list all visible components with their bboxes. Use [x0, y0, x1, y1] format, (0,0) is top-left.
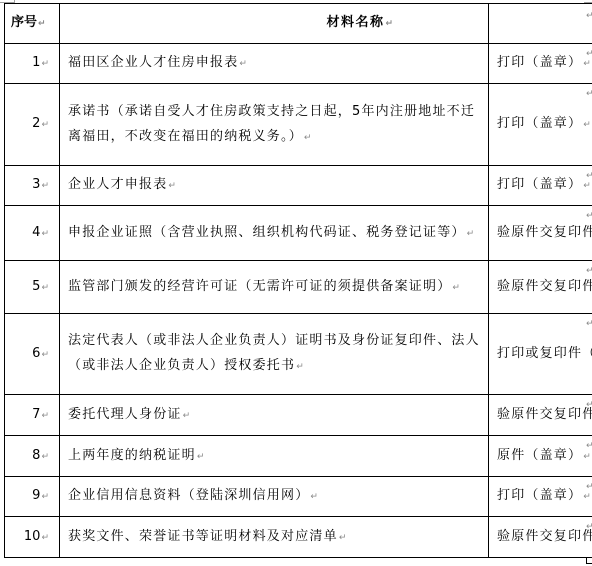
material-name: 委托代理人身份证↵ — [60, 395, 489, 436]
paragraph-mark-icon: ↵ — [41, 350, 49, 360]
table-row: 10↵获奖文件、荣誉证书等证明材料及对应清单↵验原件交复印件（盖章）↵ — [5, 517, 592, 558]
paragraph-mark-icon: ↵ — [41, 533, 49, 543]
row-number: 6↵ — [5, 314, 60, 395]
material-form: 原件（盖章）↵ — [489, 436, 592, 477]
row-number: 3↵ — [5, 166, 60, 206]
table-row: 8↵上两年度的纳税证明↵原件（盖章）↵ — [5, 436, 592, 477]
header-name: 材料名称↵ — [60, 4, 489, 44]
row-number: 9↵ — [5, 477, 60, 517]
paragraph-mark-icon: ↵ — [304, 133, 312, 143]
paragraph-mark-icon: ↵ — [41, 120, 49, 130]
table-row: 7↵委托代理人身份证↵验原件交复印件（盖章）↵ — [5, 395, 592, 436]
table-end-marker — [586, 557, 592, 564]
material-name: 企业人才申报表↵ — [60, 166, 489, 206]
material-form: 验原件交复印件（盖章）↵ — [489, 395, 592, 436]
row-end-mark-icon: ↵ — [586, 89, 592, 99]
table-row: 1↵福田区企业人才住房申报表↵打印（盖章）↵ — [5, 44, 592, 84]
row-end-mark-icon: ↵ — [586, 522, 592, 532]
material-name: 监管部门颁发的经营许可证（无需许可证的须提供备案证明）↵ — [60, 261, 489, 314]
table-row: 4↵申报企业证照（含营业执照、组织机构代码证、税务登记证等）↵验原件交复印件（盖… — [5, 206, 592, 261]
materials-table: 序号↵ 材料名称↵ 材料形式↵ 1↵福田区企业人才住房申报表↵打印（盖章）↵2↵… — [4, 3, 592, 558]
paragraph-mark-icon: ↵ — [41, 181, 49, 191]
paragraph-mark-icon: ↵ — [183, 411, 191, 421]
material-form: 打印或复印件（盖章）↵ — [489, 314, 592, 395]
row-number: 10↵ — [5, 517, 60, 558]
row-end-mark-icon: ↵ — [586, 400, 592, 410]
table-header-row: 序号↵ 材料名称↵ 材料形式↵ — [5, 4, 592, 44]
table-row: 2↵承诺书（承诺自受人才住房政策支持之日起，5年内注册地址不迁离福田，不改变在福… — [5, 84, 592, 166]
header-form: 材料形式↵ — [489, 4, 592, 44]
paragraph-mark-icon: ↵ — [583, 452, 591, 462]
material-name: 福田区企业人才住房申报表↵ — [60, 44, 489, 84]
material-name: 申报企业证照（含营业执照、组织机构代码证、税务登记证等）↵ — [60, 206, 489, 261]
row-end-mark-icon: ↵ — [586, 49, 592, 59]
material-form: 打印（盖章）↵ — [489, 44, 592, 84]
row-end-mark-icon: ↵ — [586, 211, 592, 221]
paragraph-mark-icon: ↵ — [168, 181, 176, 191]
paragraph-mark-icon: ↵ — [339, 533, 347, 543]
row-end-mark-icon: ↵ — [586, 266, 592, 276]
row-number: 2↵ — [5, 84, 60, 166]
row-end-mark-icon: ↵ — [586, 441, 592, 451]
paragraph-mark-icon: ↵ — [467, 229, 475, 239]
paragraph-mark-icon: ↵ — [296, 362, 304, 372]
table-row: 5↵监管部门颁发的经营许可证（无需许可证的须提供备案证明）↵验原件交复印件（盖章… — [5, 261, 592, 314]
row-number: 5↵ — [5, 261, 60, 314]
row-end-mark-icon: ↵ — [586, 11, 592, 21]
paragraph-mark-icon: ↵ — [38, 19, 46, 29]
paragraph-mark-icon: ↵ — [583, 120, 591, 130]
material-name: 上两年度的纳税证明↵ — [60, 436, 489, 477]
material-form: 打印（盖章）↵ — [489, 166, 592, 206]
paragraph-mark-icon: ↵ — [41, 411, 49, 421]
material-name: 法定代表人（或非法人企业负责人）证明书及身份证复印件、法人（或非法人企业负责人）… — [60, 314, 489, 395]
row-number: 7↵ — [5, 395, 60, 436]
paragraph-mark-icon: ↵ — [41, 283, 49, 293]
table-row: 9↵企业信用信息资料（登陆深圳信用网）↵打印（盖章）↵ — [5, 477, 592, 517]
header-no: 序号↵ — [5, 4, 60, 44]
paragraph-mark-icon: ↵ — [583, 492, 591, 502]
paragraph-mark-icon: ↵ — [41, 59, 49, 69]
row-number: 1↵ — [5, 44, 60, 84]
material-form: 打印（盖章）↵ — [489, 84, 592, 166]
paragraph-mark-icon: ↵ — [239, 59, 247, 69]
row-end-mark-icon: ↵ — [586, 482, 592, 492]
material-name: 承诺书（承诺自受人才住房政策支持之日起，5年内注册地址不迁离福田，不改变在福田的… — [60, 84, 489, 166]
material-name: 获奖文件、荣誉证书等证明材料及对应清单↵ — [60, 517, 489, 558]
material-form: 验原件交复印件（盖章）↵ — [489, 206, 592, 261]
paragraph-mark-icon: ↵ — [41, 452, 49, 462]
table-row: 6↵法定代表人（或非法人企业负责人）证明书及身份证复印件、法人（或非法人企业负责… — [5, 314, 592, 395]
row-end-mark-icon: ↵ — [586, 319, 592, 329]
material-form: 验原件交复印件（盖章）↵ — [489, 261, 592, 314]
paragraph-mark-icon: ↵ — [583, 59, 591, 69]
row-number: 8↵ — [5, 436, 60, 477]
paragraph-mark-icon: ↵ — [385, 19, 393, 29]
paragraph-mark-icon: ↵ — [452, 283, 460, 293]
material-form: 打印（盖章）↵ — [489, 477, 592, 517]
row-number: 4↵ — [5, 206, 60, 261]
paragraph-mark-icon: ↵ — [41, 229, 49, 239]
row-end-mark-icon: ↵ — [586, 171, 592, 181]
paragraph-mark-icon: ↵ — [583, 181, 591, 191]
paragraph-mark-icon: ↵ — [41, 492, 49, 502]
paragraph-mark-icon: ↵ — [197, 452, 205, 462]
table-row: 3↵企业人才申报表↵打印（盖章）↵ — [5, 166, 592, 206]
material-name: 企业信用信息资料（登陆深圳信用网）↵ — [60, 477, 489, 517]
material-form: 验原件交复印件（盖章）↵ — [489, 517, 592, 558]
paragraph-mark-icon: ↵ — [310, 492, 318, 502]
